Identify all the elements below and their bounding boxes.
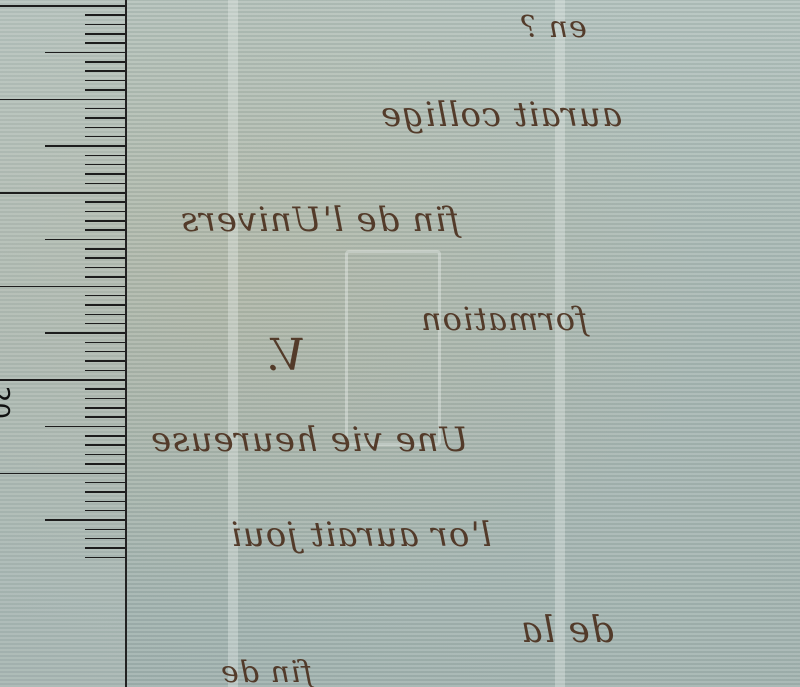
ruler-tick xyxy=(85,136,125,138)
chain-line xyxy=(228,0,238,687)
ruler-tick xyxy=(85,370,125,372)
ruler-tick xyxy=(85,108,125,110)
ruler-tick xyxy=(85,211,125,213)
handwriting-line: fin de l'Univers xyxy=(180,200,460,240)
ruler-tick xyxy=(85,501,125,503)
ruler-tick xyxy=(85,416,125,418)
ruler-tick xyxy=(85,201,125,203)
ruler-tick xyxy=(85,89,125,91)
ruler-tick xyxy=(85,388,125,390)
ruler-tick xyxy=(85,33,125,35)
ruler-tick xyxy=(85,24,125,26)
ruler-tick xyxy=(85,295,125,297)
ruler-tick xyxy=(85,117,125,119)
ruler-tick xyxy=(85,173,125,175)
ruler-tick xyxy=(45,145,125,147)
ruler-tick xyxy=(85,220,125,222)
ruler-tick xyxy=(85,70,125,72)
ruler-tick xyxy=(85,351,125,353)
ruler-tick xyxy=(85,435,125,437)
handwriting-line: aurait collige xyxy=(380,95,622,135)
ruler-tick xyxy=(85,61,125,63)
handwriting-line: formation xyxy=(420,300,588,338)
ruler-tick xyxy=(0,192,125,194)
handwriting-line: en ? xyxy=(520,10,587,45)
ruler-tick xyxy=(85,491,125,493)
ruler-tick xyxy=(85,155,125,157)
ruler-tick xyxy=(45,332,125,334)
ruler-tick xyxy=(85,360,125,362)
ruler-tick xyxy=(85,538,125,540)
ruler-tick xyxy=(85,463,125,465)
ruler-tick xyxy=(85,248,125,250)
handwriting-line: Une vie heureuse xyxy=(150,420,468,460)
ruler-tick xyxy=(45,52,125,54)
ruler-tick xyxy=(85,323,125,325)
ruler-tick xyxy=(85,267,125,269)
ruler-tick xyxy=(85,529,125,531)
ruler-tick xyxy=(0,286,125,288)
ruler-tick xyxy=(85,407,125,409)
ruler-tick xyxy=(85,444,125,446)
ruler-tick xyxy=(0,379,125,381)
ruler-tick xyxy=(85,304,125,306)
ruler-tick xyxy=(85,14,125,16)
ruler-tick xyxy=(85,482,125,484)
ruler-tick xyxy=(85,80,125,82)
ruler-tick xyxy=(45,426,125,428)
ruler-tick xyxy=(85,454,125,456)
ruler-tick xyxy=(85,342,125,344)
ruler-tick xyxy=(85,276,125,278)
handwriting-line: fin de xyxy=(220,655,313,687)
ruler-tick xyxy=(85,314,125,316)
ruler: 20 xyxy=(0,0,127,687)
ruler-tick xyxy=(85,547,125,549)
ruler-tick xyxy=(85,164,125,166)
ruler-tick xyxy=(85,257,125,259)
ruler-tick xyxy=(85,557,125,559)
ruler-tick xyxy=(45,239,125,241)
ruler-tick xyxy=(85,229,125,231)
ruler-tick xyxy=(85,183,125,185)
ruler-tick xyxy=(85,42,125,44)
watermark xyxy=(345,250,441,446)
handwriting-line: l'or aurait joui xyxy=(230,515,492,555)
ruler-tick xyxy=(85,510,125,512)
ruler-tick xyxy=(85,127,125,129)
handwriting-line: de la xyxy=(520,610,614,651)
ruler-tick xyxy=(85,398,125,400)
ruler-tick xyxy=(0,473,125,475)
ruler-tick xyxy=(0,99,125,101)
ruler-tick xyxy=(45,519,125,521)
ruler-tick xyxy=(0,5,125,7)
handwriting-line: V. xyxy=(265,330,305,381)
ruler-number-20: 20 xyxy=(0,386,14,419)
